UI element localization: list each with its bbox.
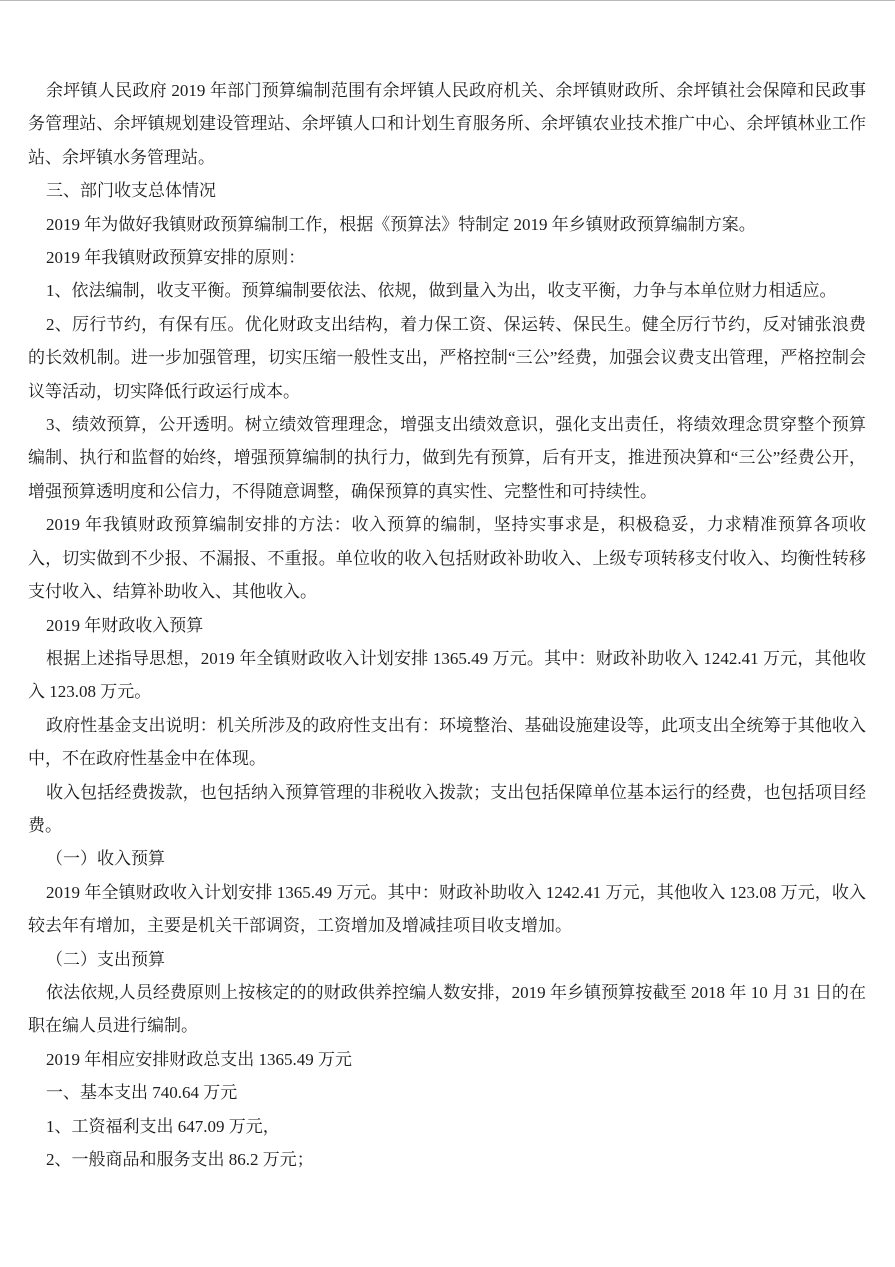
heading-revenue-budget-2019: 2019 年财政收入预算 [28, 609, 866, 642]
paragraph-goods-services-expenditure: 2、一般商品和服务支出 86.2 万元； [28, 1143, 866, 1176]
document-page: 余坪镇人民政府 2019 年部门预算编制范围有余坪镇人民政府机关、余坪镇财政所、… [0, 0, 895, 1267]
heading-revenue-budget: （一）收入预算 [28, 842, 866, 875]
paragraph-total-expenditure: 2019 年相应安排财政总支出 1365.49 万元 [28, 1043, 866, 1076]
paragraph-salary-expenditure: 1、工资福利支出 647.09 万元， [28, 1110, 866, 1143]
paragraph-scope-of-budget: 余坪镇人民政府 2019 年部门预算编制范围有余坪镇人民政府机关、余坪镇财政所、… [28, 74, 866, 174]
heading-expenditure-budget: （二）支出预算 [28, 943, 866, 976]
paragraph-staffing-basis: 依法依规,人员经费原则上按核定的的财政供养控编人数安排，2019 年乡镇预算按截… [28, 976, 866, 1043]
paragraph-principle-3: 3、绩效预算，公开透明。树立绩效管理理念，增强支出绩效意识，强化支出责任，将绩效… [28, 408, 866, 508]
paragraph-revenue-expenditure-scope: 收入包括经费拨款，也包括纳入预算管理的非税收入拨款；支出包括保障单位基本运行的经… [28, 776, 866, 843]
paragraph-principle-2: 2、厉行节约，有保有压。优化财政支出结构，着力保工资、保运转、保民生。健全厉行节… [28, 308, 866, 408]
paragraph-revenue-detail: 2019 年全镇财政收入计划安排 1365.49 万元。其中：财政补助收入 12… [28, 876, 866, 943]
paragraph-principle-1: 1、依法编制，收支平衡。预算编制要依法、依规，做到量入为出，收支平衡，力争与本单… [28, 274, 866, 307]
paragraph-government-fund-note: 政府性基金支出说明：机关所涉及的政府性支出有：环境整治、基础设施建设等，此项支出… [28, 709, 866, 776]
paragraph-basic-expenditure: 一、基本支出 740.64 万元 [28, 1076, 866, 1109]
heading-section-three: 三、部门收支总体情况 [28, 174, 866, 207]
paragraph-method: 2019 年我镇财政预算编制安排的方法：收入预算的编制，坚持实事求是，积极稳妥，… [28, 508, 866, 608]
paragraph-revenue-plan: 根据上述指导思想，2019 年全镇财政收入计划安排 1365.49 万元。其中：… [28, 642, 866, 709]
paragraph-principles-intro: 2019 年我镇财政预算安排的原则： [28, 241, 866, 274]
paragraph-budget-plan-basis: 2019 年为做好我镇财政预算编制工作，根据《预算法》特制定 2019 年乡镇财… [28, 208, 866, 241]
